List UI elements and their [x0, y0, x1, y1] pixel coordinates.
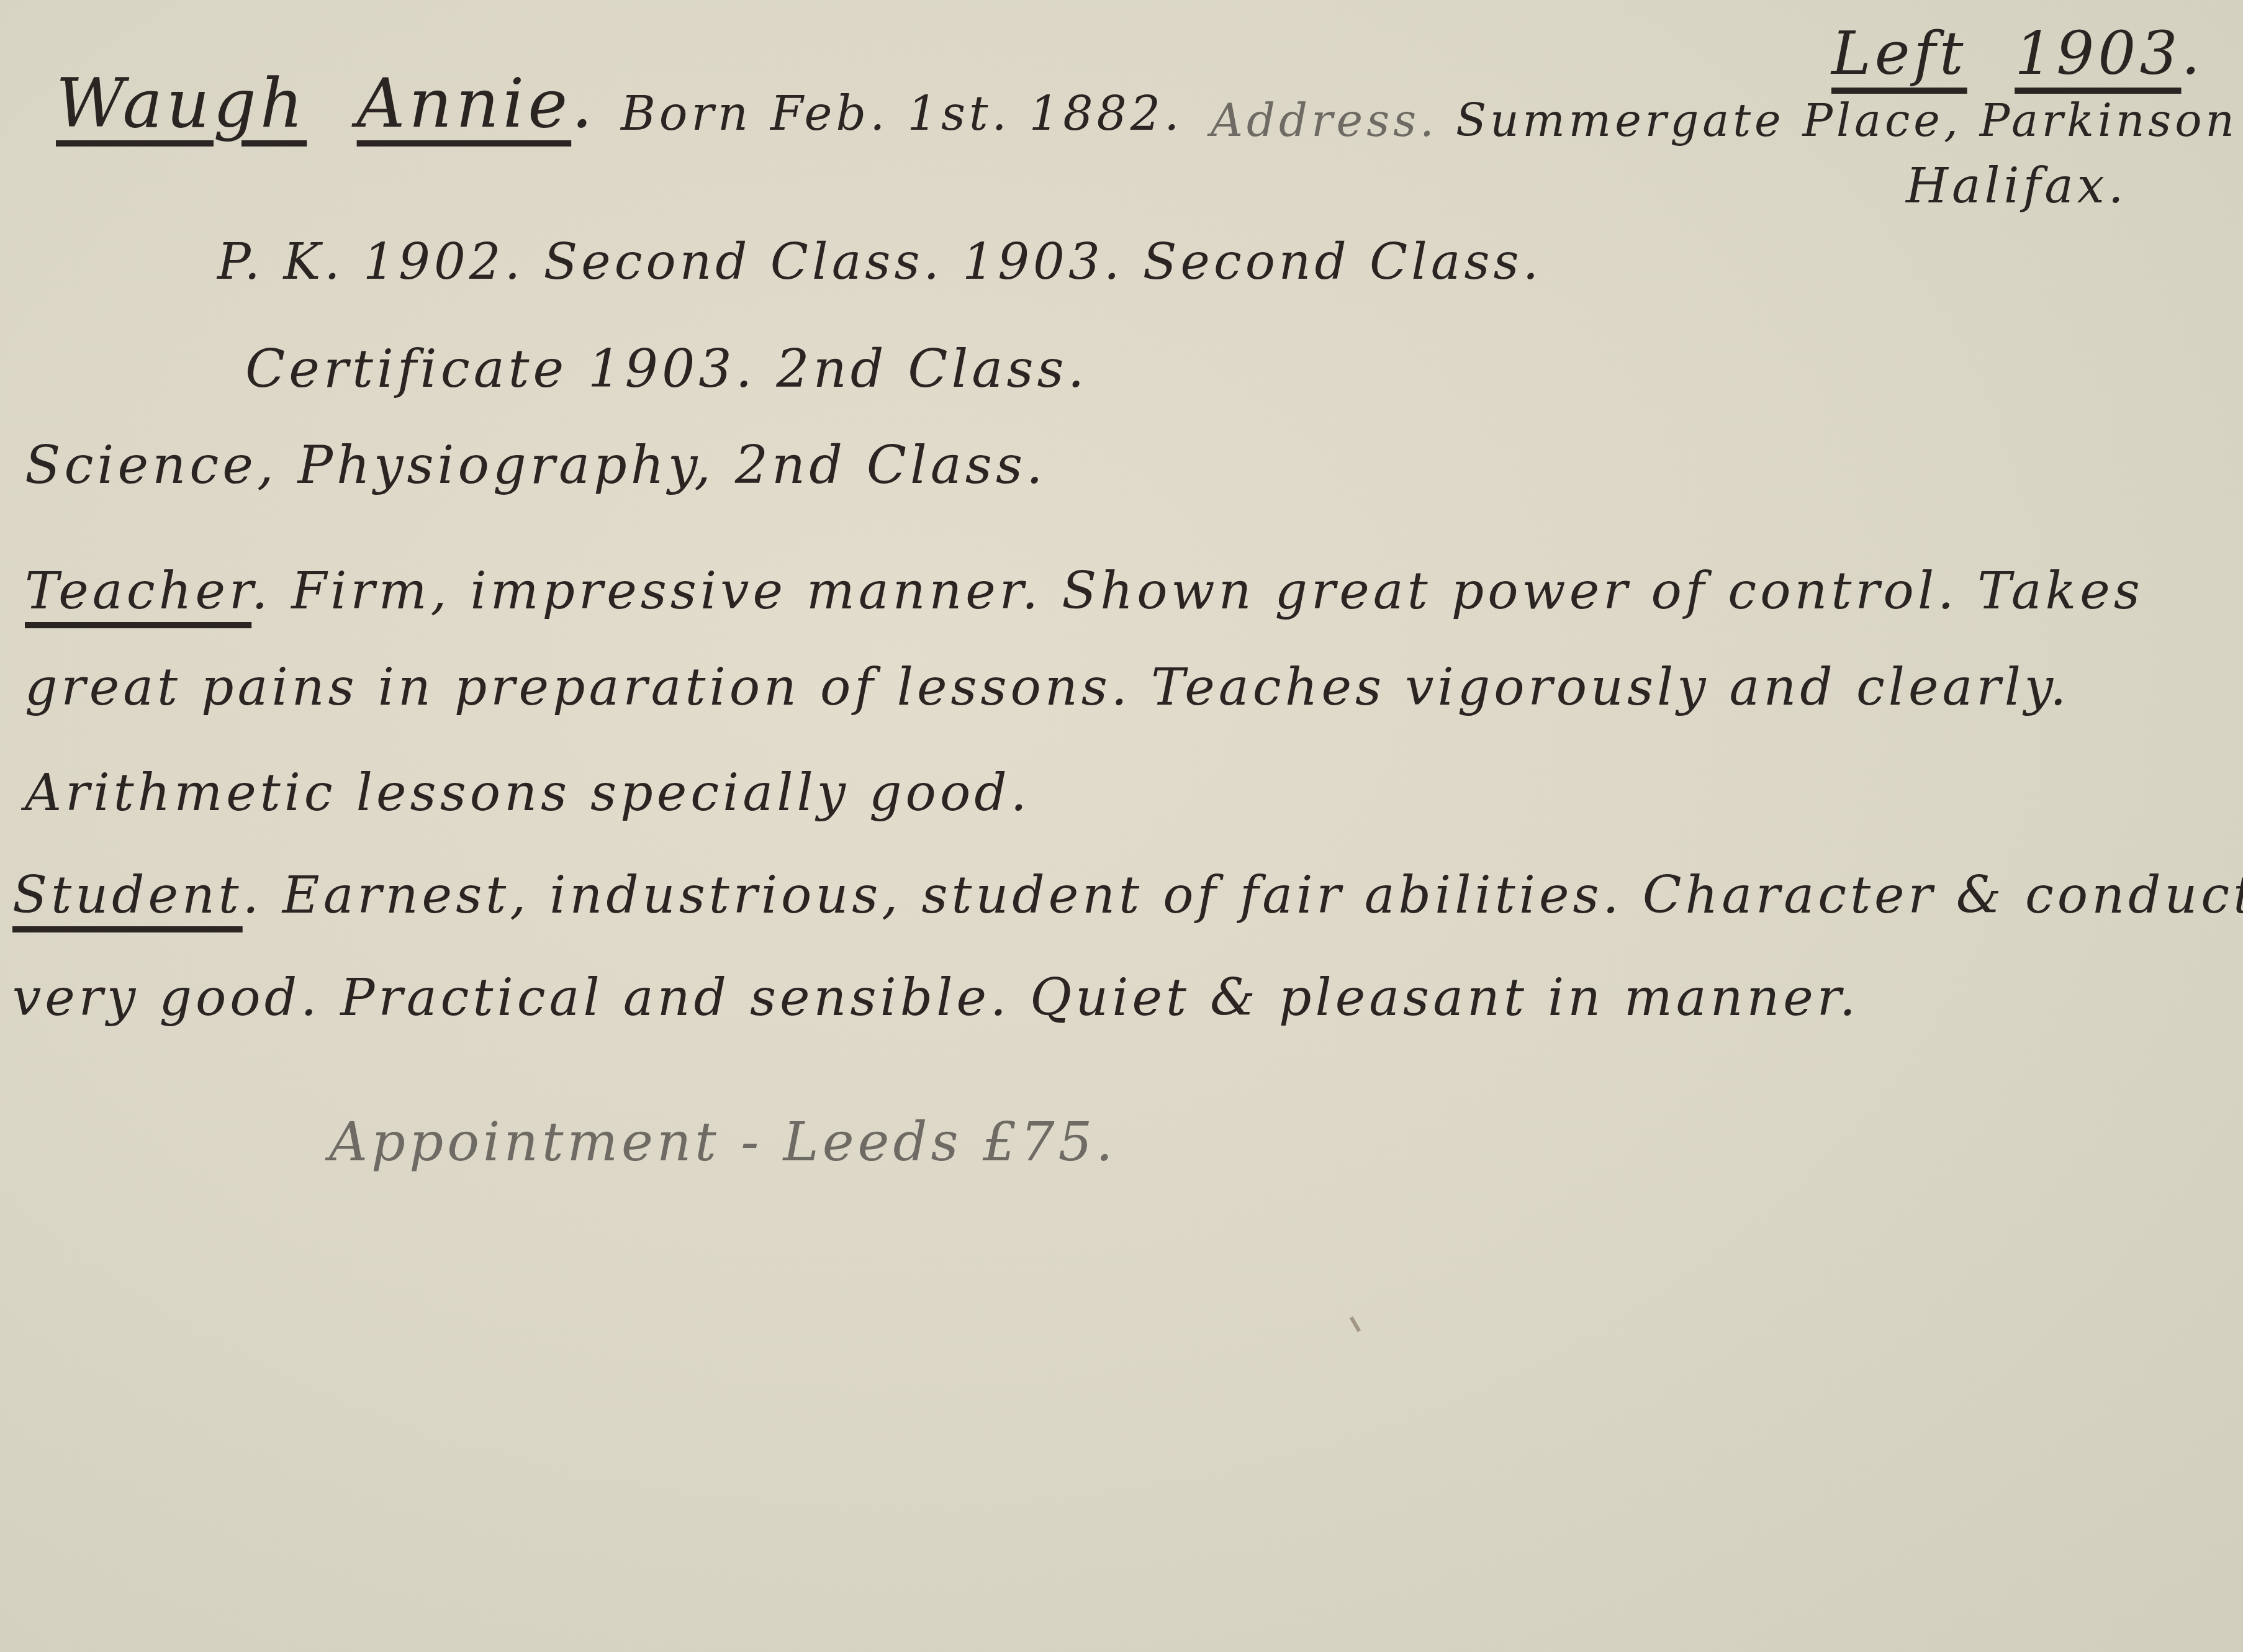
left-label: Left	[1831, 19, 1967, 88]
period: .	[571, 65, 596, 143]
teacher-label: Teacher	[25, 562, 251, 621]
record-card: Waugh Annie. Born Feb. 1st. 1882. Addres…	[0, 0, 2243, 1652]
left-year: Left 1903.	[1831, 19, 2204, 88]
teacher-report-line-3: Arithmetic lessons specially good.	[25, 764, 1031, 823]
teacher-report-line-1: Teacher. Firm, impressive manner. Shown …	[25, 562, 2144, 621]
address-street: Summergate Place, Parkinson Lane	[1456, 94, 2243, 147]
science-label: Science,	[25, 435, 278, 495]
paper-speck	[1350, 1316, 1361, 1332]
forename: Annie	[357, 65, 572, 143]
address-line-2: Halifax.	[1906, 158, 2128, 214]
science-result: Science, Physiography, 2nd Class.	[25, 435, 1047, 495]
surname: Waugh	[56, 65, 307, 143]
birth-date: Born Feb. 1st. 1882.	[621, 86, 1183, 141]
address-label: Address.	[1211, 94, 1438, 147]
student-report-line-1: Student. Earnest, industrious, student o…	[12, 866, 2243, 925]
certificate-result: Certificate 1903. 2nd Class.	[245, 338, 1088, 399]
left-year-value: 1903	[2015, 19, 2181, 88]
student-report-line-2: very good. Practical and sensible. Quiet…	[12, 968, 1859, 1027]
name-line: Waugh Annie.	[56, 65, 597, 143]
address-line-1: Address. Summergate Place, Parkinson Lan…	[1211, 94, 2243, 147]
science-detail: Physiography, 2nd Class.	[297, 435, 1046, 495]
student-label: Student	[12, 866, 243, 925]
pupil-teacher-results: P. K. 1902. Second Class. 1903. Second C…	[217, 233, 1542, 291]
teacher-report-line-2: great pains in preparation of lessons. T…	[25, 658, 2070, 717]
appointment-note: Appointment - Leeds £75.	[329, 1111, 1116, 1173]
